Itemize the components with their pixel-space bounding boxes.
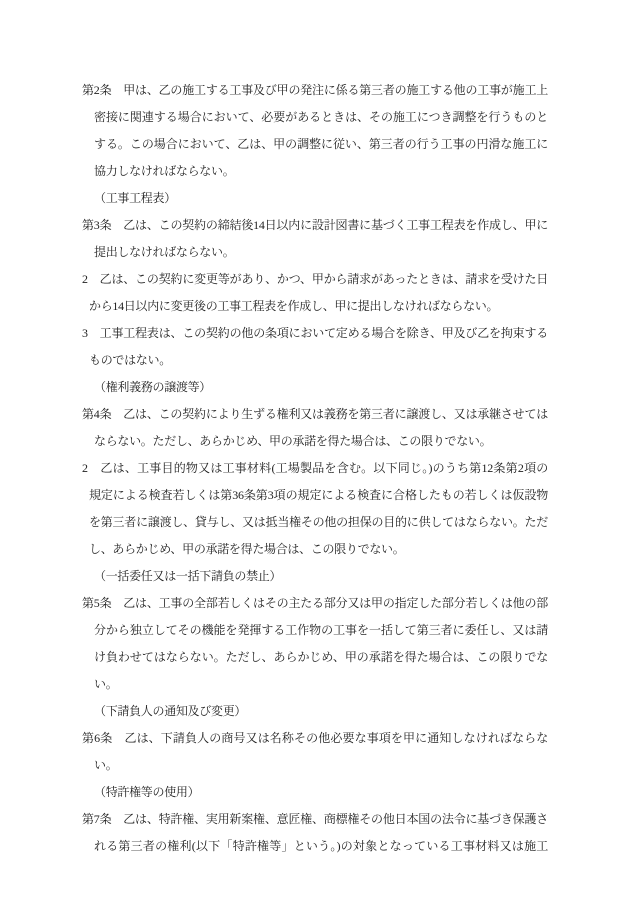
document-line: 提出しなければならない。 xyxy=(82,239,548,266)
document-page: 第2条 甲は、乙の施工する工事及び甲の発注に係る第三者の施工する他の工事が施工上… xyxy=(0,0,630,903)
document-line: 3 工事工程表は、この契約の他の条項において定める場合を除き、甲及び乙を拘束する xyxy=(82,320,548,347)
document-line: 第4条 乙は、この契約により生ずる権利又は義務を第三者に譲渡し、又は承継させては xyxy=(82,401,548,428)
document-line: い。 xyxy=(82,671,548,698)
document-line: （権利義務の譲渡等） xyxy=(82,374,548,401)
document-line: ならない。ただし、あらかじめ、甲の承諾を得た場合は、この限りでない。 xyxy=(82,428,548,455)
document-line: 協力しなければならない。 xyxy=(82,158,548,185)
document-line: 第2条 甲は、乙の施工する工事及び甲の発注に係る第三者の施工する他の工事が施工上 xyxy=(82,77,548,104)
document-line: ものではない。 xyxy=(82,347,548,374)
contract-text: 第2条 甲は、乙の施工する工事及び甲の発注に係る第三者の施工する他の工事が施工上… xyxy=(82,77,548,860)
document-line: 第5条 乙は、工事の全部若しくはその主たる部分又は甲の指定した部分若しくは他の部 xyxy=(82,590,548,617)
document-line: 規定による検査若しくは第36条第3項の規定による検査に合格したもの若しくは仮設物 xyxy=(82,482,548,509)
document-line: い。 xyxy=(82,752,548,779)
document-line: （一括委任又は一括下請負の禁止） xyxy=(82,563,548,590)
document-line: （下請負人の通知及び変更） xyxy=(82,698,548,725)
document-line: する。この場合において、乙は、甲の調整に従い、第三者の行う工事の円滑な施工に xyxy=(82,131,548,158)
document-line: 密接に関連する場合において、必要があるときは、その施工につき調整を行うものと xyxy=(82,104,548,131)
document-line: け負わせてはならない。ただし、あらかじめ、甲の承諾を得た場合は、この限りでな xyxy=(82,644,548,671)
document-line: 分から独立してその機能を発揮する工作物の工事を一括して第三者に委任し、又は請 xyxy=(82,617,548,644)
document-line: を第三者に譲渡し、貸与し、又は抵当権その他の担保の目的に供してはならない。ただ xyxy=(82,509,548,536)
document-line: 第6条 乙は、下請負人の商号又は名称その他必要な事項を甲に通知しなければならな xyxy=(82,725,548,752)
document-line: から14日以内に変更後の工事工程表を作成し、甲に提出しなければならない。 xyxy=(82,293,548,320)
document-line: 2 乙は、この契約に変更等があり、かつ、甲から請求があったときは、請求を受けた日 xyxy=(82,266,548,293)
document-line: 第7条 乙は、特許権、実用新案権、意匠権、商標権その他日本国の法令に基づき保護さ xyxy=(82,806,548,833)
document-line: （特許権等の使用） xyxy=(82,779,548,806)
document-line: 2 乙は、工事目的物又は工事材料(工場製品を含む。以下同じ。)のうち第12条第2… xyxy=(82,455,548,482)
document-line: （工事工程表） xyxy=(82,185,548,212)
document-line: 第3条 乙は、この契約の締結後14日以内に設計図書に基づく工事工程表を作成し、甲… xyxy=(82,212,548,239)
document-line: し、あらかじめ、甲の承諾を得た場合は、この限りでない。 xyxy=(82,536,548,563)
document-line: れる第三者の権利(以下「特許権等」という。)の対象となっている工事材料又は施工 xyxy=(82,833,548,860)
